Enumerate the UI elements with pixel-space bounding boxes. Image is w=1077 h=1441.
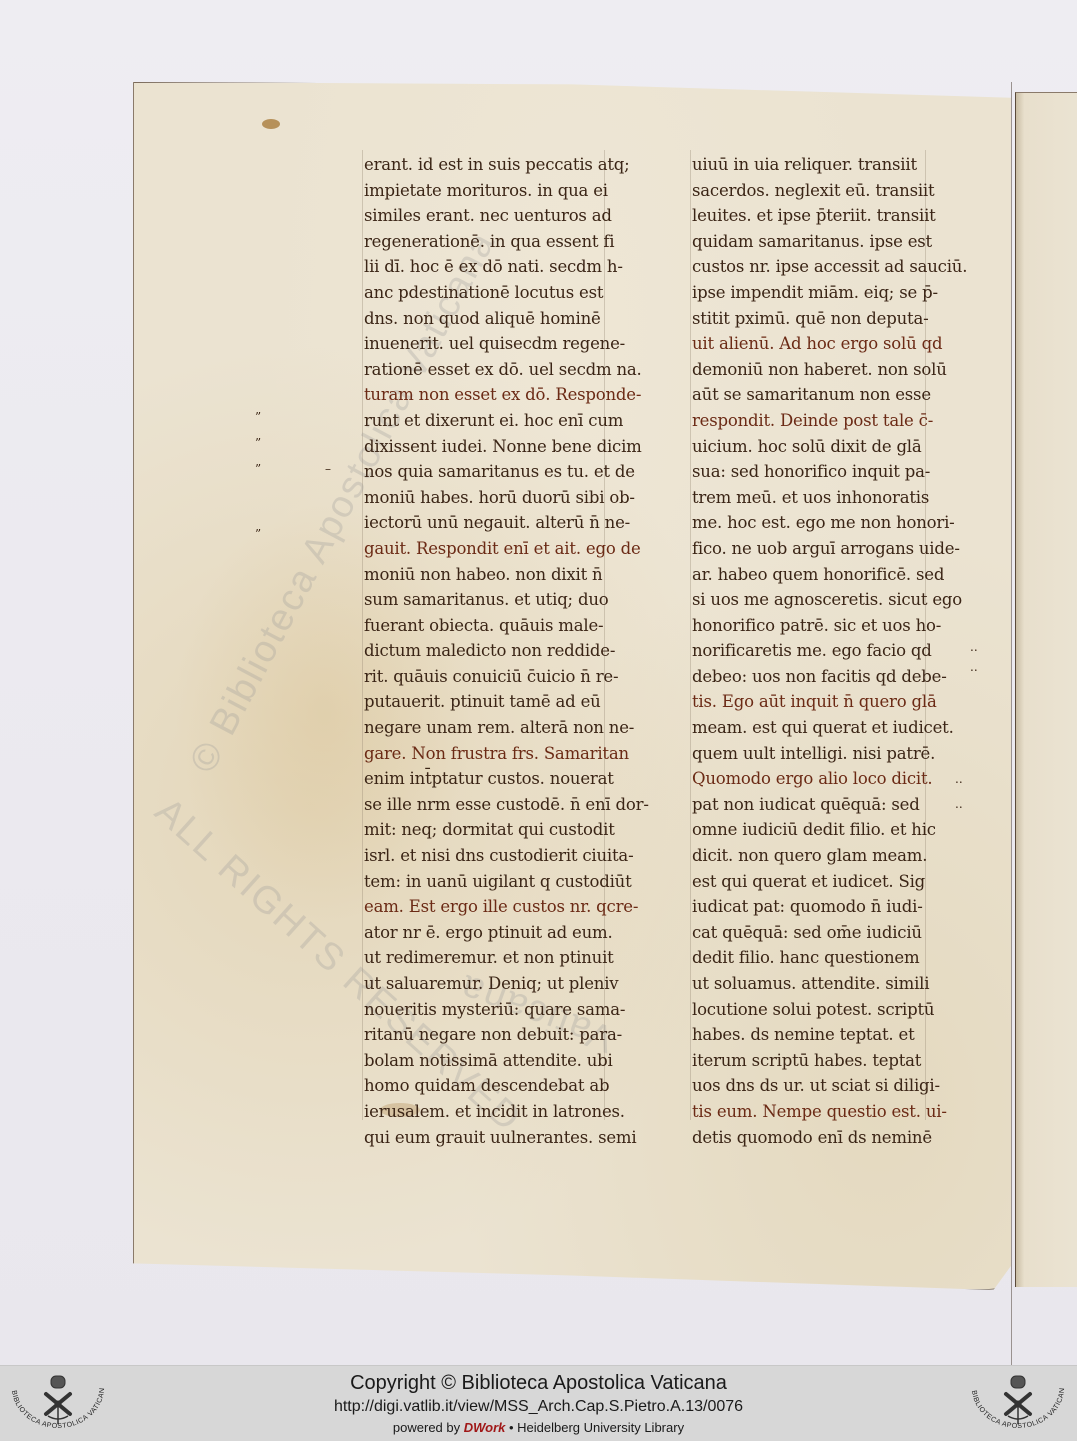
permalink-url[interactable]: http://digi.vatlib.it/view/MSS_Arch.Cap.…: [0, 1396, 1077, 1418]
dwork-brand[interactable]: DWork: [464, 1420, 506, 1435]
text-line: dictum maledicto non reddide-: [364, 638, 614, 664]
text-line: sua: sed honorifico inquit pa-: [692, 459, 932, 485]
text-line: iterum scriptū habes. teptat: [692, 1048, 932, 1074]
text-line: homo quidam descendebat ab: [364, 1073, 614, 1099]
text-line: eam. Est ergo ille custos nr. qcre-: [364, 894, 614, 920]
text-line: ut redimeremur. et non ptinuit: [364, 945, 614, 971]
text-line: impietate morituros. in qua ei: [364, 178, 614, 204]
text-line: omne iudiciū dedit filio. et hic: [692, 817, 932, 843]
text-line: dixissent iudei. Nonne bene dicim: [364, 434, 614, 460]
text-line: enim int̄ptatur custos. nouerat: [364, 766, 614, 792]
margin-mark: ”: [255, 462, 261, 476]
text-line: sacerdos. neglexit eū. transiit: [692, 178, 932, 204]
text-line: tem: in uanū uigilant q custodiūt: [364, 869, 614, 895]
text-line: rationē esset ex dō. uel secdm na.: [364, 357, 614, 383]
powered-by-line: powered by DWork • Heidelberg University…: [0, 1418, 1077, 1438]
text-line: debeo: uos non facitis qd debe-: [692, 664, 932, 690]
powered-suffix: • Heidelberg University Library: [505, 1420, 684, 1435]
text-line: ut soluamus. attendite. simili: [692, 971, 932, 997]
text-line: demoniū non haberet. non solū: [692, 357, 932, 383]
text-line: tis. Ego aūt inquit n̄ quero glā: [692, 689, 932, 715]
text-line: dns. non quod aliquē hominē: [364, 306, 614, 332]
text-line: runt et dixerunt ei. hoc enī cum: [364, 408, 614, 434]
text-line: uit alienū. Ad hoc ergo solū qd: [692, 331, 932, 357]
text-line: habes. ds nemine teptat. et: [692, 1022, 932, 1048]
margin-mark: ..: [955, 772, 963, 786]
text-line: ritanū negare non debuit: para-: [364, 1022, 614, 1048]
text-line: fuerant obiecta. quāuis male-: [364, 613, 614, 639]
text-line: mit: neq; dormitat qui custodit: [364, 817, 614, 843]
text-line: locutione solui potest. scriptū: [692, 997, 932, 1023]
text-line: nos quia samaritanus es tu. et de: [364, 459, 614, 485]
margin-mark: ..: [970, 640, 978, 654]
text-line: dicit. non quero glam meam.: [692, 843, 932, 869]
gutter-line: [1011, 82, 1012, 1365]
margin-mark: ”: [255, 410, 261, 424]
text-line: noueritis mysteriū: quare sama-: [364, 997, 614, 1023]
text-line: respondit. Deinde post tale c̄-: [692, 408, 932, 434]
text-line: dedit filio. hanc questionem: [692, 945, 932, 971]
text-line: quidam samaritanus. ipse est: [692, 229, 932, 255]
text-line: turam non esset ex dō. Responde-: [364, 382, 614, 408]
text-line: putauerit. ptinuit tamē ad eū: [364, 689, 614, 715]
stain: [262, 119, 280, 129]
text-line: qui eum grauit uulnerantes. semi: [364, 1125, 614, 1151]
text-line: se ille nrm esse custodē. n̄ enī dor-: [364, 792, 614, 818]
margin-mark: –: [325, 462, 331, 476]
text-line: Quomodo ergo alio loco dicit.: [692, 766, 932, 792]
text-line: iudicat pat: quomodo n̄ iudi-: [692, 894, 932, 920]
text-line: gauit. Respondit enī et ait. ego de: [364, 536, 614, 562]
margin-mark: ”: [255, 527, 261, 541]
text-line: ipse impendit miām. eiq; se p̄-: [692, 280, 932, 306]
text-line: rit. quāuis conuiciū c̄uicio n̄ re-: [364, 664, 614, 690]
text-line: uiuū in uia reliquer. transiit: [692, 152, 932, 178]
text-line: anc pdestinationē locutus est: [364, 280, 614, 306]
library-logo-right: BIBLIOTECA APOSTOLICA VATICANA: [962, 1370, 1074, 1440]
text-line: quem uult intelligi. nisi patrē.: [692, 741, 932, 767]
text-line: aūt se samaritanum non esse: [692, 382, 932, 408]
text-line: norificaretis me. ego facio qd: [692, 638, 932, 664]
text-column-left: erant. id est in suis peccatis atq; impi…: [364, 152, 614, 1150]
text-line: ierusalem. et incidit in latrones.: [364, 1099, 614, 1125]
text-line: uos dns ds ur. ut sciat si diligi-: [692, 1073, 932, 1099]
text-line: inuenerit. uel quisecdm regene-: [364, 331, 614, 357]
papal-keys-emblem-icon: BIBLIOTECA APOSTOLICA VATICANA: [962, 1370, 1074, 1440]
text-line: me. hoc est. ego me non honori-: [692, 510, 932, 536]
text-line: regenerationē. in qua essent fi: [364, 229, 614, 255]
text-line: custos nr. ipse accessit ad sauciū.: [692, 254, 932, 280]
text-line: iectorū unū negauit. alterū n̄ ne-: [364, 510, 614, 536]
powered-prefix: powered by: [393, 1420, 464, 1435]
margin-mark: ..: [955, 797, 963, 811]
column-rule: [362, 150, 363, 1120]
text-line: ut saluaremur. Deniq; ut pleniv: [364, 971, 614, 997]
text-line: tis eum. Nempe questio est. ui-: [692, 1099, 932, 1125]
text-line: fico. ne uob arguī arrogans uide-: [692, 536, 932, 562]
text-line: detis quomodo enī ds neminē: [692, 1125, 932, 1151]
text-line: si uos me agnosceretis. sicut ego: [692, 587, 932, 613]
text-line: meam. est qui querat et iudicet.: [692, 715, 932, 741]
text-line: moniū non habeo. non dixit n̄: [364, 562, 614, 588]
text-line: bolam notissimā attendite. ubi: [364, 1048, 614, 1074]
text-line: negare unam rem. alterā non ne-: [364, 715, 614, 741]
text-line: est qui querat et iudicet. Sig: [692, 869, 932, 895]
text-line: gare. Non frustra frs. Samaritan: [364, 741, 614, 767]
text-line: uicium. hoc solū dixit de glā: [692, 434, 932, 460]
text-line: ar. habeo quem honorificē. sed: [692, 562, 932, 588]
copyright-text: Copyright © Biblioteca Apostolica Vatica…: [0, 1370, 1077, 1396]
next-folio-edge: [1015, 92, 1077, 1287]
text-line: lii dī. hoc ē ex dō nati. secdm h-: [364, 254, 614, 280]
text-line: stitit pximū. quē non deputa-: [692, 306, 932, 332]
text-line: erant. id est in suis peccatis atq;: [364, 152, 614, 178]
text-column-right: uiuū in uia reliquer. transiit sacerdos.…: [692, 152, 932, 1150]
manuscript-scan: © Biblioteca Apostolica Vaticana ALL RIG…: [0, 0, 1077, 1365]
footer-text-block: Copyright © Biblioteca Apostolica Vatica…: [0, 1370, 1077, 1438]
text-line: isrl. et nisi dns custodierit ciuita-: [364, 843, 614, 869]
text-line: moniū habes. horū duorū sibi ob-: [364, 485, 614, 511]
text-line: similes erant. nec uenturos ad: [364, 203, 614, 229]
margin-mark: ..: [970, 660, 978, 674]
text-line: leuites. et ipse p̄teriit. transiit: [692, 203, 932, 229]
column-rule: [690, 150, 691, 1120]
text-line: trem meū. et uos inhonoratis: [692, 485, 932, 511]
footer-bar: BIBLIOTECA APOSTOLICA VATICANA Copyright…: [0, 1365, 1077, 1441]
text-line: ator nr ē. ergo ptinuit ad eum.: [364, 920, 614, 946]
text-line: honorifico patrē. sic et uos ho-: [692, 613, 932, 639]
margin-mark: ”: [255, 436, 261, 450]
text-line: cat quēquā: sed om̄e iudiciū: [692, 920, 932, 946]
text-line: sum samaritanus. et utiq; duo: [364, 587, 614, 613]
text-line: pat non iudicat quēquā: sed: [692, 792, 932, 818]
